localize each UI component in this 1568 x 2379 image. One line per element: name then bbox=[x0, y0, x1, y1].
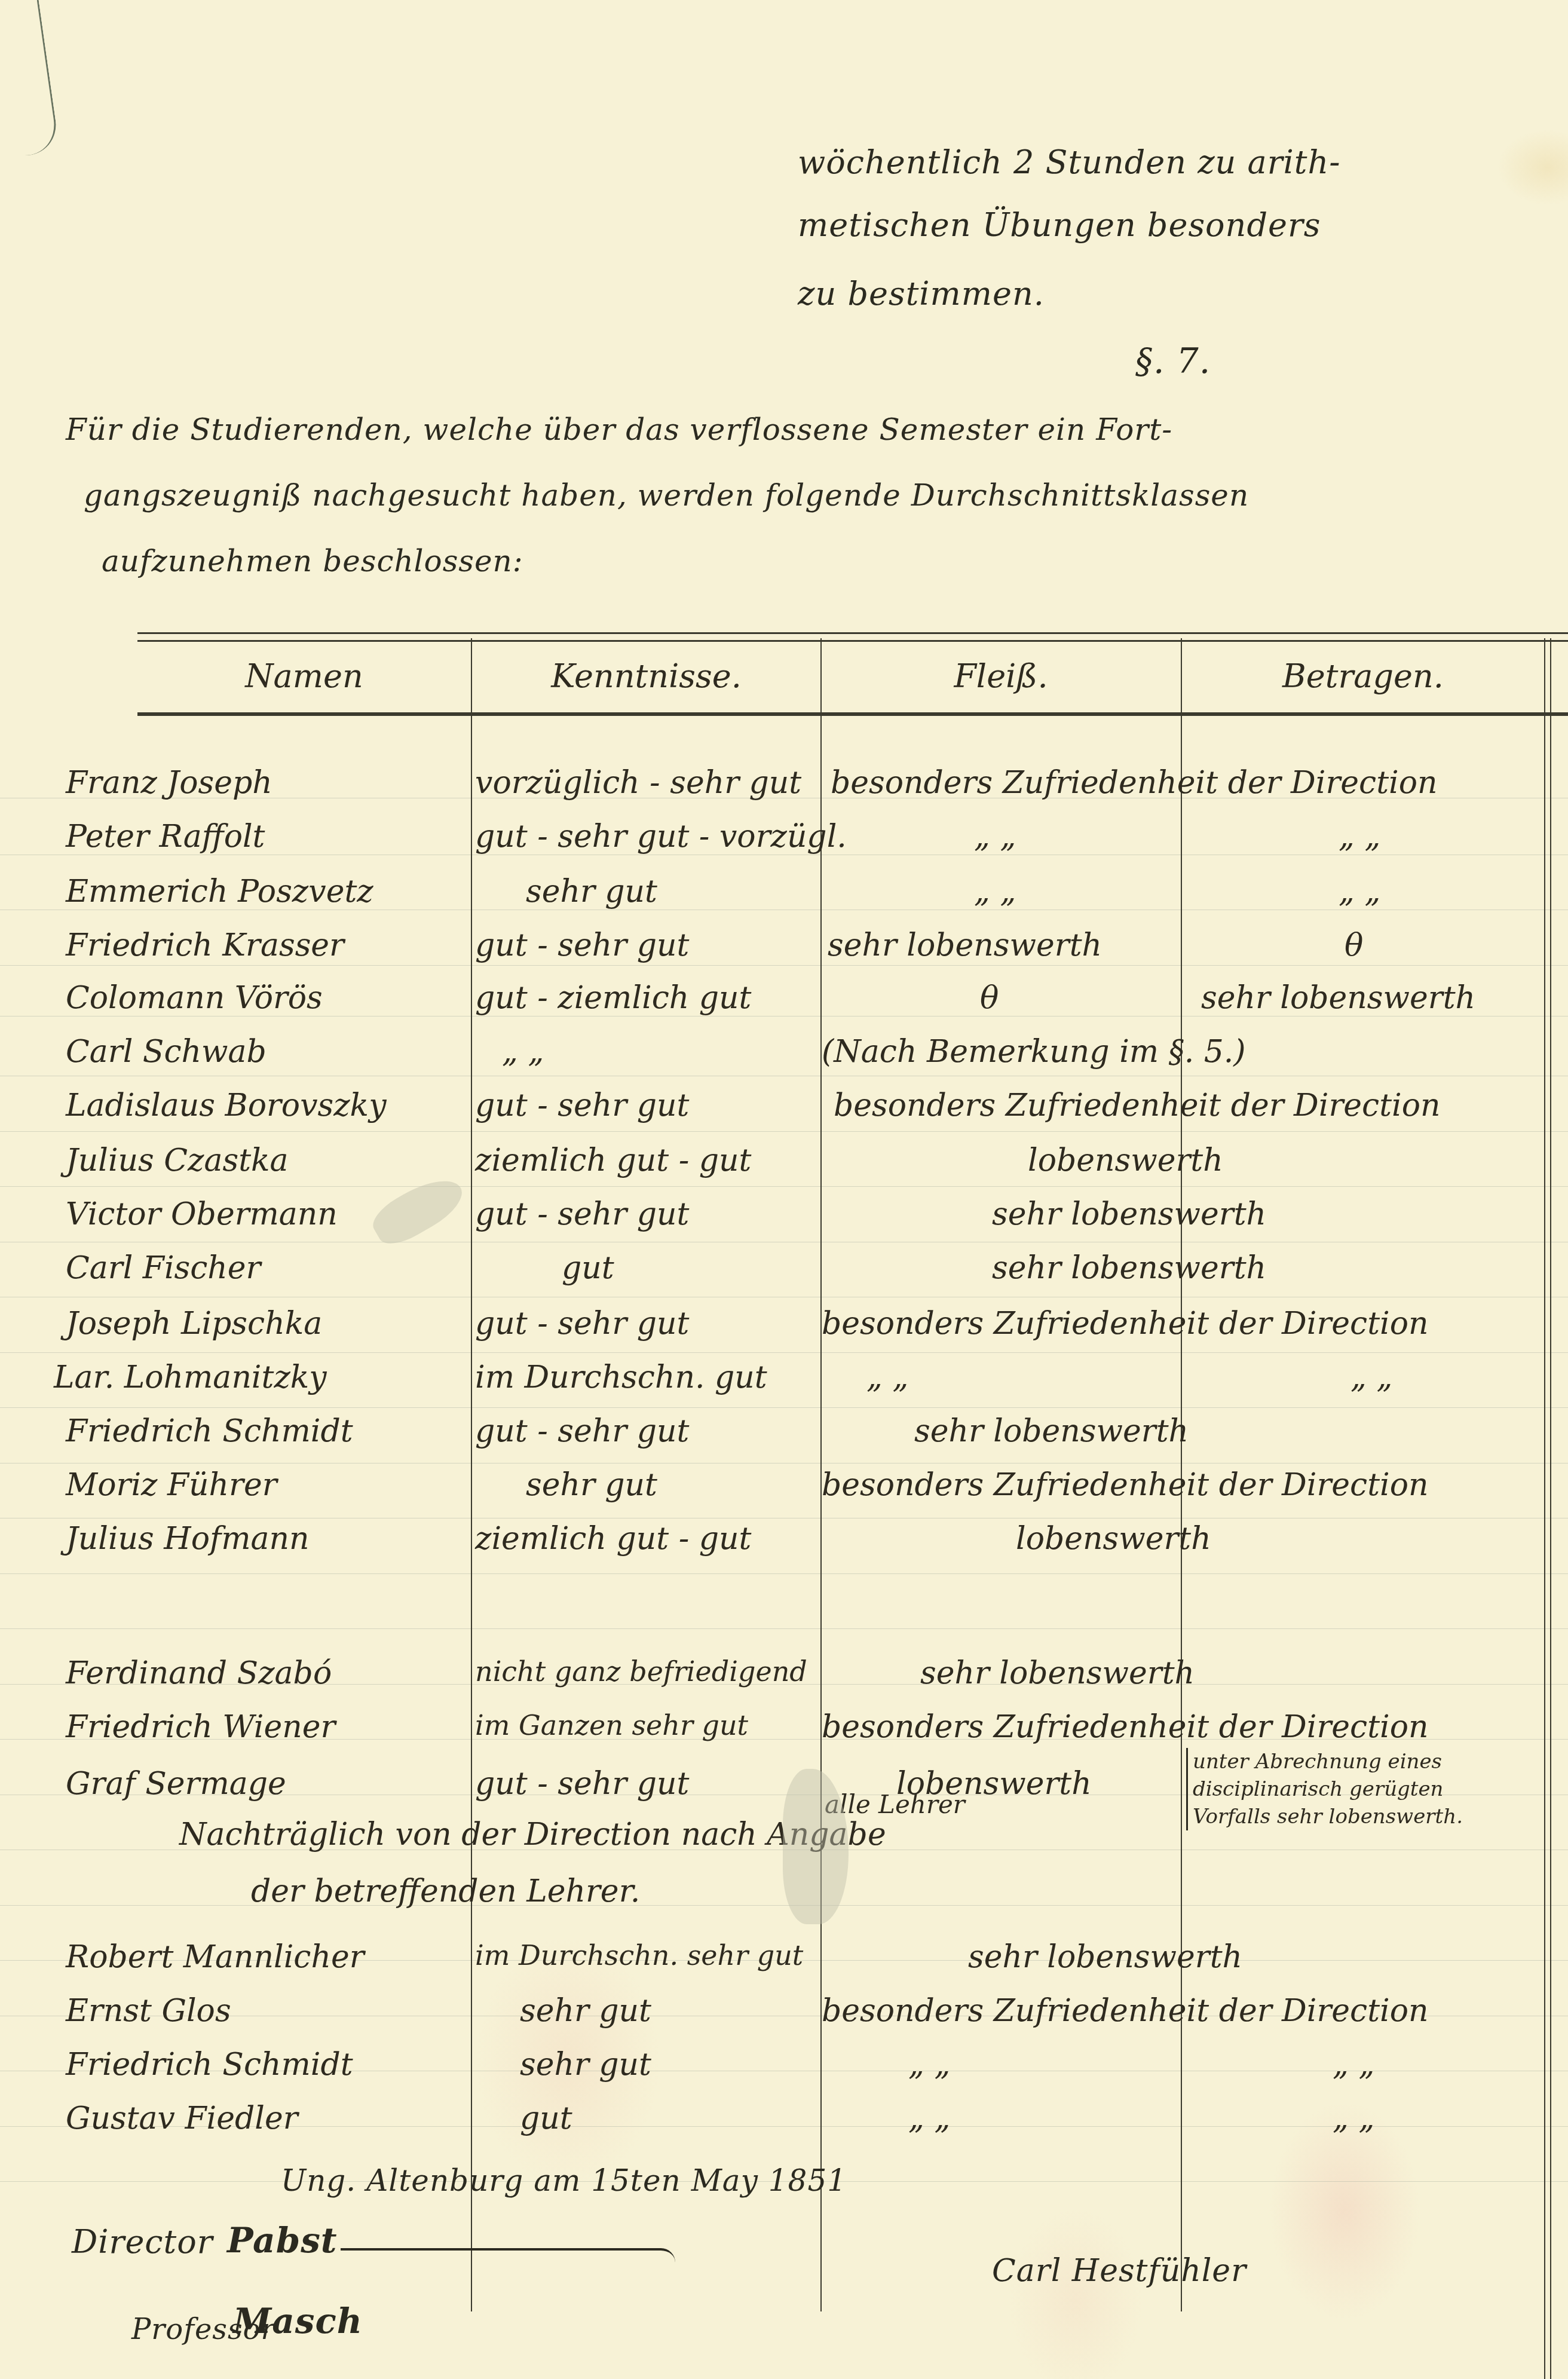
student-name: Franz Joseph bbox=[66, 765, 272, 801]
kenntnisse-value: gut bbox=[520, 2101, 572, 2136]
fleiss-value: „ „ bbox=[866, 1360, 908, 1395]
kenntnisse-value: ziemlich gut - gut bbox=[475, 1143, 752, 1178]
kenntnisse-value: gut - sehr gut bbox=[475, 927, 689, 963]
fleiss-betragen-value: besonders Zufriedenheit der Direction bbox=[831, 765, 1438, 801]
header-bottom-rule bbox=[137, 712, 1568, 716]
kenntnisse-value: im Durchschn. sehr gut bbox=[475, 1939, 803, 1971]
fleiss-value: „ „ bbox=[908, 2101, 950, 2136]
fleiss-betragen-value: lobenswerth bbox=[1028, 1143, 1223, 1178]
intro-line-2: gangszeugniß nachgesucht haben, werden f… bbox=[84, 478, 1249, 513]
student-name: Friedrich Schmidt bbox=[66, 1413, 353, 1449]
student-name: Friedrich Schmidt bbox=[66, 2047, 353, 2083]
betragen-value: „ „ bbox=[1339, 819, 1380, 855]
table-right-border bbox=[1544, 638, 1551, 2379]
kenntnisse-value: im Ganzen sehr gut bbox=[475, 1709, 748, 1741]
column-header-namen: Namen bbox=[137, 657, 471, 695]
student-name: Colomann Vörös bbox=[66, 980, 323, 1016]
betragen-note-line: unter Abrechnung eines bbox=[1193, 1748, 1463, 1775]
supplement-note-line-2: der betreffenden Lehrer. bbox=[251, 1873, 640, 1909]
student-name: Ernst Glos bbox=[66, 1993, 231, 2029]
student-name: Ladislaus Borovszky bbox=[66, 1088, 387, 1123]
kenntnisse-value: vorzüglich - sehr gut bbox=[475, 765, 801, 801]
student-name: Emmerich Poszvetz bbox=[66, 874, 373, 910]
student-name: Graf Sermage bbox=[66, 1766, 286, 1802]
kenntnisse-value: sehr gut bbox=[520, 2047, 651, 2083]
fleiss-betragen-value: besonders Zufriedenheit der Direction bbox=[822, 1709, 1429, 1745]
column-header-betragen: Betragen. bbox=[1182, 657, 1544, 695]
kenntnisse-value: sehr gut bbox=[526, 1467, 657, 1503]
section-mark: §. 7. bbox=[1135, 341, 1211, 381]
student-name: Joseph Lipschka bbox=[66, 1306, 322, 1342]
kenntnisse-value: im Durchschn. gut bbox=[475, 1360, 767, 1395]
kenntnisse-value: sehr gut bbox=[520, 1993, 651, 2029]
column-header-fleiss: Fleiß. bbox=[822, 657, 1180, 695]
water-stain bbox=[366, 1168, 470, 1253]
intro-line-1: Für die Studierenden, welche über das ve… bbox=[66, 412, 1172, 447]
kenntnisse-value: „ „ bbox=[502, 1034, 544, 1070]
fleiss-betragen-value: sehr lobenswerth bbox=[992, 1196, 1266, 1232]
signature-flourish bbox=[341, 2248, 675, 2262]
betragen-value: „ „ bbox=[1333, 2101, 1374, 2136]
kenntnisse-value: gut - sehr gut bbox=[475, 1766, 689, 1802]
betragen-value: sehr lobenswerth bbox=[1201, 980, 1475, 1016]
student-name: Julius Czastka bbox=[66, 1143, 289, 1178]
secretary-signature: Carl Hestfühler bbox=[992, 2253, 1247, 2289]
kenntnisse-value: sehr gut bbox=[526, 874, 657, 910]
student-name: Lar. Lohmanitzky bbox=[54, 1360, 327, 1395]
continuation-line-1: wöchentlich 2 Stunden zu arith- bbox=[798, 143, 1341, 181]
fleiss-betragen-value: besonders Zufriedenheit der Direction bbox=[822, 1306, 1429, 1342]
place-date: Ung. Altenburg am 15ten May 1851 bbox=[281, 2163, 847, 2198]
supplement-fleiss-fragment: alle Lehrer bbox=[825, 1790, 965, 1819]
continuation-line-2: metischen Übungen besonders bbox=[798, 206, 1321, 244]
fleiss-betragen-value: besonders Zufriedenheit der Direction bbox=[822, 1467, 1429, 1503]
fleiss-betragen-value: (Nach Bemerkung im §. 5.) bbox=[822, 1034, 1246, 1070]
betragen-note: unter Abrechnung eines disciplinarisch g… bbox=[1186, 1748, 1463, 1830]
supplement-note-line-1: Nachträglich von der Direction nach Anga… bbox=[179, 1817, 886, 1853]
fleiss-betragen-value: lobenswerth bbox=[1016, 1521, 1211, 1557]
betragen-note-line: Vorfalls sehr lobenswerth. bbox=[1193, 1803, 1463, 1830]
fleiss-betragen-value: sehr lobenswerth bbox=[920, 1655, 1195, 1691]
student-name: Friedrich Krasser bbox=[66, 927, 344, 963]
intro-line-3: aufzunehmen beschlossen: bbox=[102, 544, 523, 578]
kenntnisse-value: ziemlich gut - gut bbox=[475, 1521, 752, 1557]
student-name: Ferdinand Szabó bbox=[66, 1655, 332, 1691]
director-label: Director bbox=[72, 2223, 213, 2261]
student-name: Gustav Fiedler bbox=[66, 2101, 298, 2136]
student-name: Julius Hofmann bbox=[66, 1521, 310, 1557]
fleiss-betragen-value: sehr lobenswerth bbox=[992, 1250, 1266, 1286]
fleiss-betragen-value: besonders Zufriedenheit der Direction bbox=[822, 1993, 1429, 2029]
kenntnisse-value: nicht ganz befriedigend bbox=[475, 1655, 807, 1688]
kenntnisse-value: gut - sehr gut bbox=[475, 1413, 689, 1449]
fleiss-value: θ bbox=[980, 980, 999, 1016]
kenntnisse-value: gut - ziemlich gut bbox=[475, 980, 752, 1016]
fleiss-betragen-value: besonders Zufriedenheit der Direction bbox=[834, 1088, 1441, 1123]
fleiss-value: „ „ bbox=[974, 819, 1016, 855]
fleiss-betragen-value: sehr lobenswerth bbox=[968, 1939, 1242, 1975]
table-top-rule bbox=[137, 632, 1568, 642]
column-divider-1 bbox=[471, 638, 472, 2311]
student-name: Moriz Führer bbox=[66, 1467, 277, 1503]
continuation-line-3: zu bestimmen. bbox=[798, 275, 1045, 313]
student-name: Friedrich Wiener bbox=[66, 1709, 335, 1745]
director-signature: Pabst bbox=[227, 2220, 338, 2261]
student-name: Carl Fischer bbox=[66, 1250, 261, 1286]
fleiss-betragen-value: sehr lobenswerth bbox=[914, 1413, 1189, 1449]
folded-corner bbox=[0, 0, 60, 155]
professor-signature: Masch bbox=[233, 2301, 363, 2341]
kenntnisse-value: gut bbox=[562, 1250, 614, 1286]
fleiss-value: sehr lobenswerth bbox=[828, 927, 1102, 963]
betragen-value: „ „ bbox=[1333, 2047, 1374, 2083]
column-header-kenntnisse: Kenntnisse. bbox=[472, 657, 820, 695]
kenntnisse-value: gut - sehr gut bbox=[475, 1196, 689, 1232]
fleiss-value: „ „ bbox=[908, 2047, 950, 2083]
betragen-note-line: disciplinarisch gerügten bbox=[1193, 1775, 1463, 1803]
student-name: Carl Schwab bbox=[66, 1034, 267, 1070]
betragen-value: θ bbox=[1345, 927, 1363, 963]
student-name: Robert Mannlicher bbox=[66, 1939, 365, 1975]
student-name: Peter Raffolt bbox=[66, 819, 265, 855]
betragen-value: „ „ bbox=[1350, 1360, 1392, 1395]
kenntnisse-value: gut - sehr gut - vorzügl. bbox=[475, 819, 847, 855]
fleiss-value: „ „ bbox=[974, 874, 1016, 910]
student-name: Victor Obermann bbox=[66, 1196, 338, 1232]
betragen-value: „ „ bbox=[1339, 874, 1380, 910]
kenntnisse-value: gut - sehr gut bbox=[475, 1088, 689, 1123]
kenntnisse-value: gut - sehr gut bbox=[475, 1306, 689, 1342]
